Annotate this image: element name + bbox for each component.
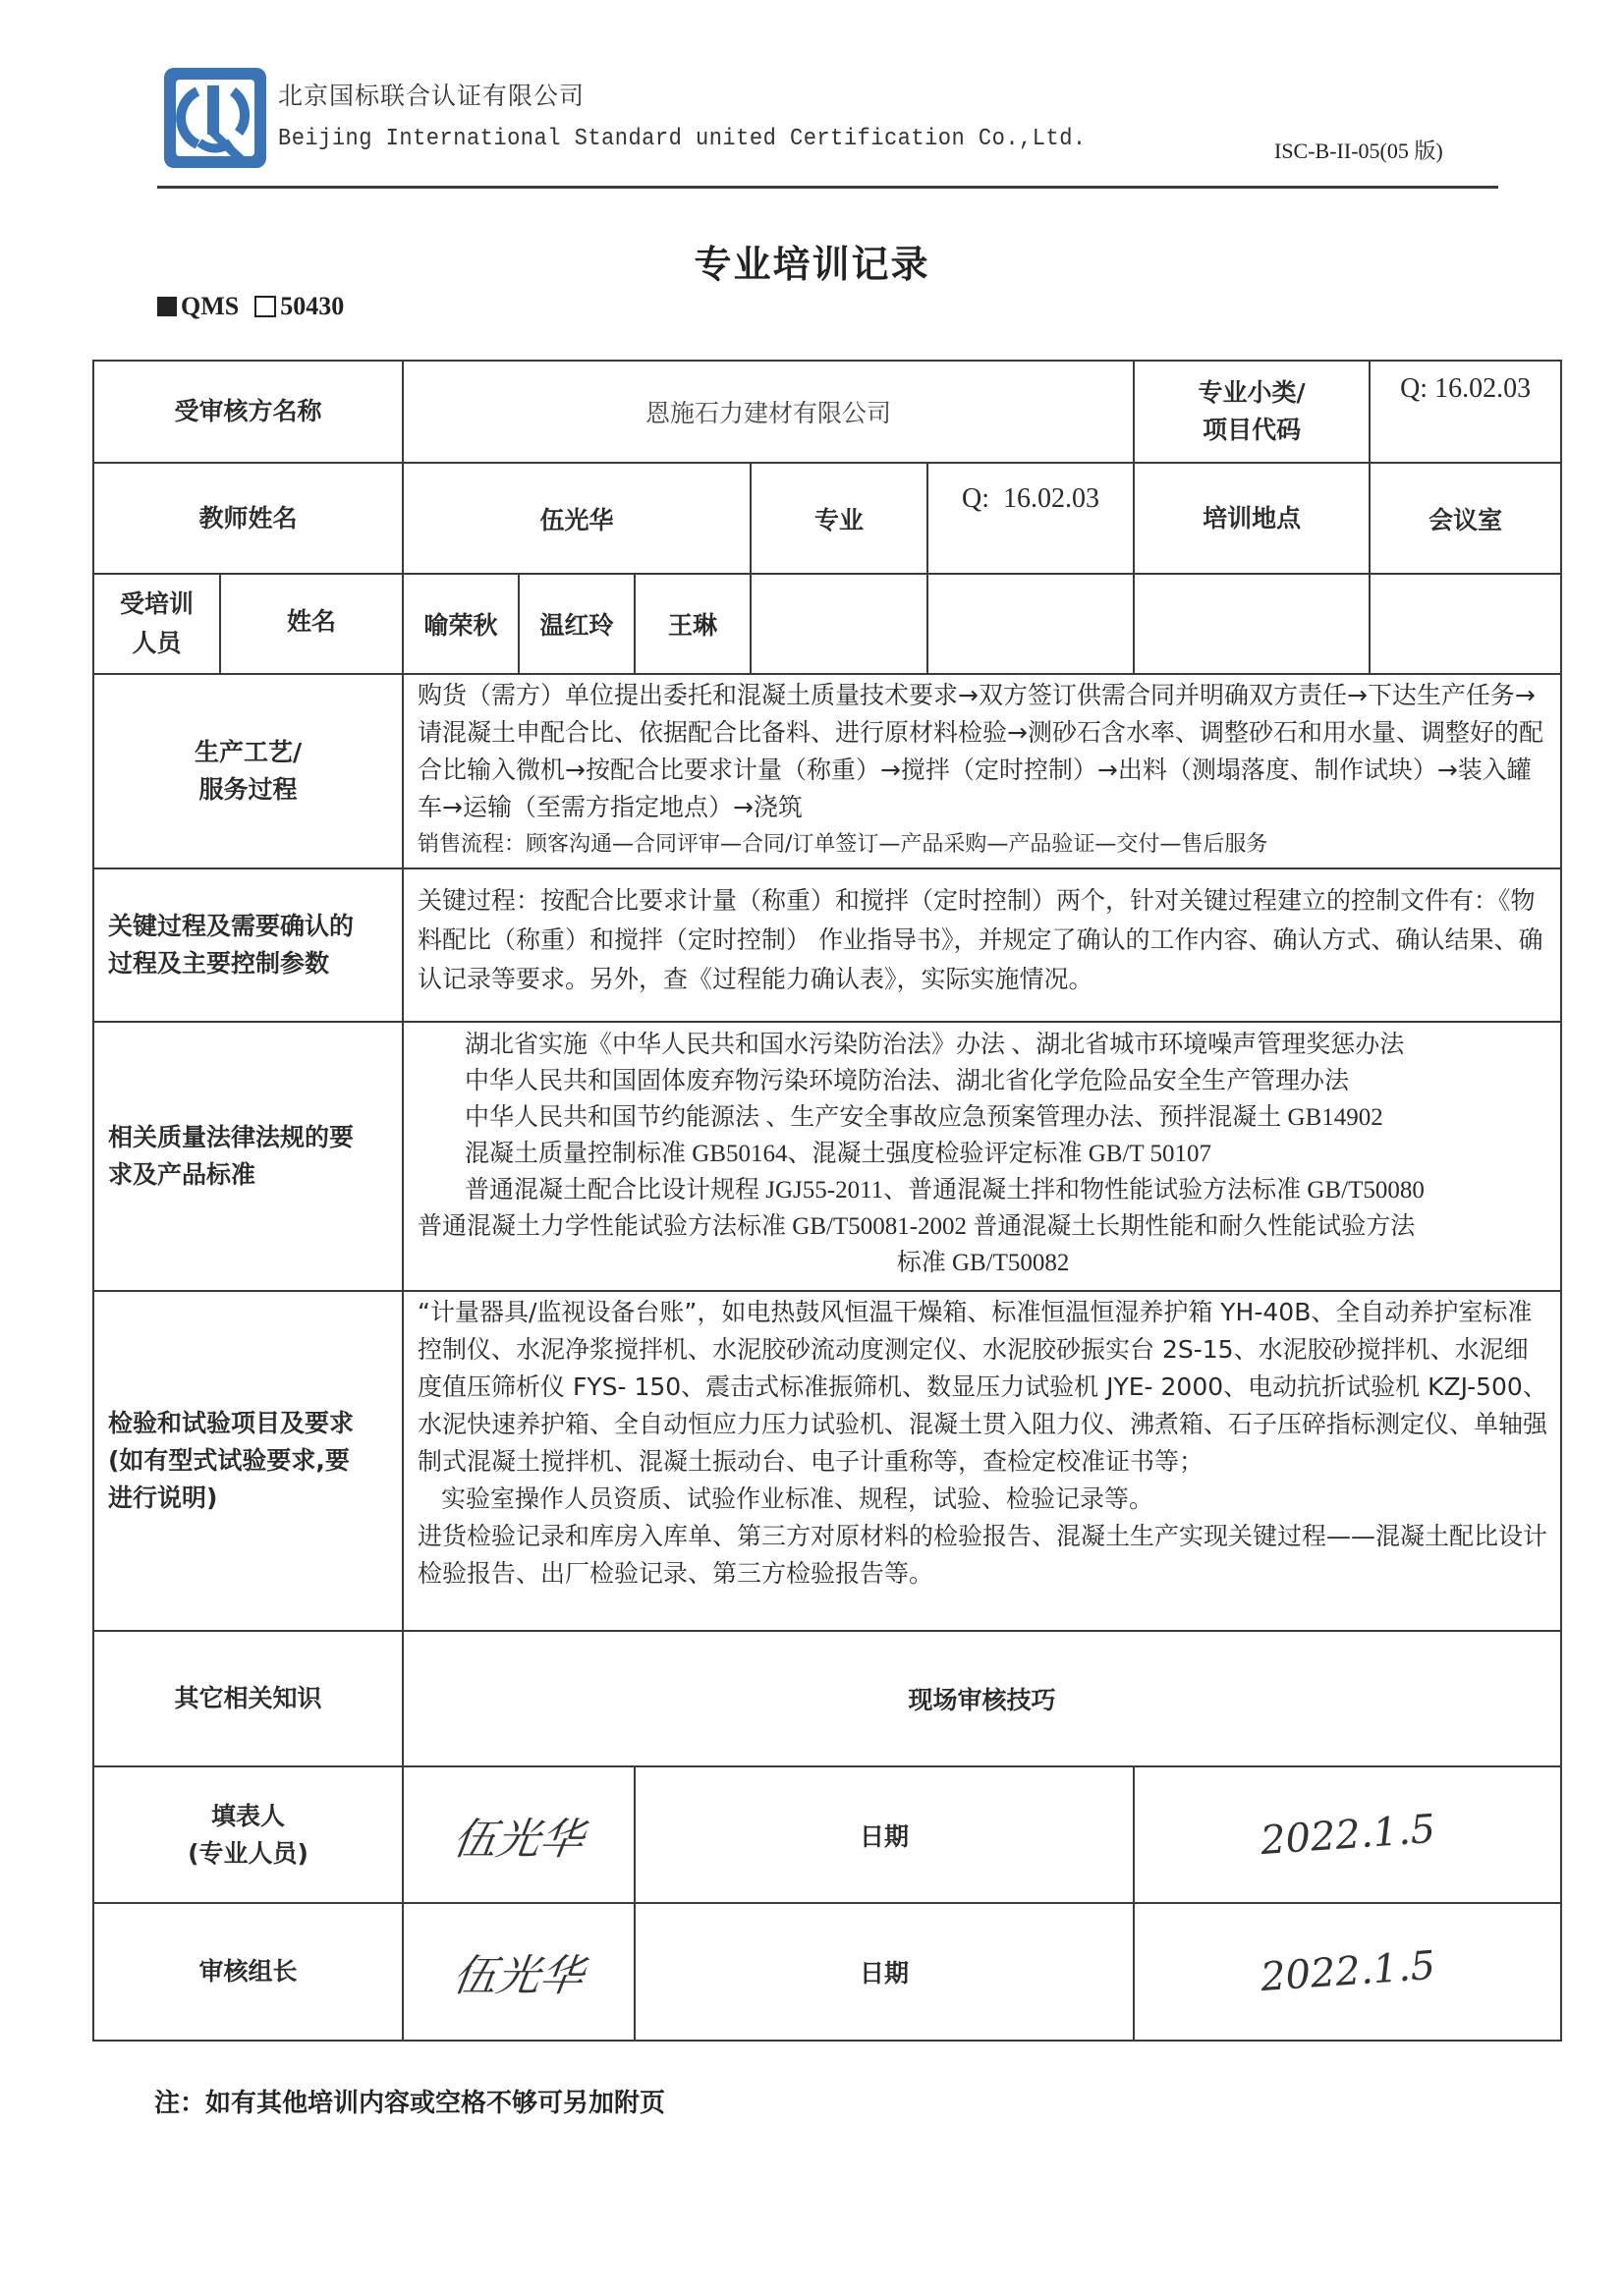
filler-date-label: 日期 xyxy=(635,1766,1134,1903)
regulations-label: 相关质量法律法规的要 求及产品标准 xyxy=(93,1022,403,1291)
trainee-name-4 xyxy=(751,574,927,674)
regulations-row: 相关质量法律法规的要 求及产品标准 湖北省实施《中华人民共和国水污染防治法》办法… xyxy=(93,1022,1561,1291)
filler-row: 填表人 (专业人员) 伍光华 日期 2022.1.5 xyxy=(93,1766,1561,1903)
regulation-line-5: 普通混凝土配合比设计规程 JGJ55-2011、普通混凝土拌和物性能试验方法标准… xyxy=(418,1172,1548,1208)
key-process-label-line1: 关键过程及需要确认的 xyxy=(108,908,402,945)
category-label: 专业小类/ 项目代码 xyxy=(1134,361,1370,463)
inspection-label: 检验和试验项目及要求 (如有型式试验要求,要 进行说明) xyxy=(93,1291,403,1631)
team-leader-date-cell: 2022.1.5 xyxy=(1134,1903,1561,2041)
sales-process-text: 销售流程：顾客沟通—合同评审—合同/订单签订—产品采购—产品验证—交付—售后服务 xyxy=(418,826,1548,864)
specialty-label: 专业 xyxy=(751,463,927,574)
equipment-ledger-text: “计量器具/监视设备台账”，如电热鼓风恒温干燥箱、标准恒温恒湿养护箱 YH-40… xyxy=(418,1294,1548,1481)
other-knowledge-row: 其它相关知识 现场审核技巧 xyxy=(93,1631,1561,1766)
trainee-name-5 xyxy=(927,574,1134,674)
process-label: 生产工艺/ 服务过程 xyxy=(93,674,403,868)
filler-label: 填表人 (专业人员) xyxy=(93,1766,403,1903)
trainees-label: 受培训 人员 xyxy=(93,574,220,674)
inspection-label-line1: 检验和试验项目及要求 xyxy=(108,1405,402,1442)
regulation-line-2: 中华人民共和国固体废弃物污染环境防治法、湖北省化学危险品安全生产管理办法 xyxy=(418,1063,1548,1099)
key-process-content: 关键过程：按配合比要求计量（称重）和搅拌（定时控制）两个，针对关键过程建立的控制… xyxy=(403,868,1561,1022)
trainee-name-2: 温红玲 xyxy=(519,574,635,674)
team-leader-signature-cell: 伍光华 xyxy=(403,1903,635,2041)
trainee-name-1: 喻荣秋 xyxy=(403,574,519,674)
regulations-label-line1: 相关质量法律法规的要 xyxy=(108,1119,402,1156)
regulations-label-line2: 求及产品标准 xyxy=(108,1156,402,1194)
regulation-line-1: 湖北省实施《中华人民共和国水污染防治法》办法 、湖北省城市环境噪声管理奖惩办法 xyxy=(418,1027,1548,1063)
auditee-value: 恩施石力建材有限公司 xyxy=(403,361,1134,463)
filler-date-value: 2022.1.5 xyxy=(1259,1806,1436,1863)
auditee-row: 受审核方名称 恩施石力建材有限公司 专业小类/ 项目代码 Q: 16.02.03 xyxy=(93,361,1561,463)
company-name-cn: 北京国标联合认证有限公司 xyxy=(278,77,585,112)
scheme-selector: QMS 50430 xyxy=(157,292,344,321)
inspection-label-line2: (如有型式试验要求,要 xyxy=(108,1442,402,1480)
teacher-row: 教师姓名 伍光华 专业 Q: 16.02.03 培训地点 会议室 xyxy=(93,463,1561,574)
trainee-name-7 xyxy=(1370,574,1561,674)
trainees-row: 受培训 人员 姓名 喻荣秋 温红玲 王琳 xyxy=(93,574,1561,674)
regulation-line-6: 普通混凝土力学性能试验方法标准 GB/T50081-2002 普通混凝土长期性能… xyxy=(418,1208,1548,1245)
filler-signature: 伍光华 xyxy=(450,1804,588,1867)
trainees-label-line2: 人员 xyxy=(94,624,219,663)
category-label-line1: 专业小类/ xyxy=(1135,374,1369,412)
location-label: 培训地点 xyxy=(1134,463,1370,574)
qms-label: QMS xyxy=(181,292,239,321)
team-leader-signature: 伍光华 xyxy=(450,1940,588,2003)
process-content: 购货（需方）单位提出委托和混凝土质量技术要求→双方签订供需合同并明确双方责任→下… xyxy=(403,674,1561,868)
team-leader-row: 审核组长 伍光华 日期 2022.1.5 xyxy=(93,1903,1561,2041)
production-process-text: 购货（需方）单位提出委托和混凝土质量技术要求→双方签订供需合同并明确双方责任→下… xyxy=(418,677,1548,826)
location-value: 会议室 xyxy=(1370,463,1561,574)
50430-label: 50430 xyxy=(280,292,344,321)
process-label-line1: 生产工艺/ xyxy=(94,734,402,771)
auditee-label: 受审核方名称 xyxy=(93,361,403,463)
document-code: ISC-B-II-05(05 版) xyxy=(1274,135,1443,165)
category-value: Q: 16.02.03 xyxy=(1370,361,1561,463)
company-name-en: Beijing International Standard united Ce… xyxy=(278,126,1087,152)
inspection-row: 检验和试验项目及要求 (如有型式试验要求,要 进行说明) “计量器具/监视设备台… xyxy=(93,1291,1561,1631)
category-label-line2: 项目代码 xyxy=(1135,412,1369,449)
regulation-line-3: 中华人民共和国节约能源法 、生产安全事故应急预案管理办法、预拌混凝土 GB149… xyxy=(418,1099,1548,1136)
inspection-content: “计量器具/监视设备台账”，如电热鼓风恒温干燥箱、标准恒温恒湿养护箱 YH-40… xyxy=(403,1291,1561,1631)
teacher-label: 教师姓名 xyxy=(93,463,403,574)
key-process-row: 关键过程及需要确认的 过程及主要控制参数 关键过程：按配合比要求计量（称重）和搅… xyxy=(93,868,1561,1022)
trainee-name-label: 姓名 xyxy=(220,574,403,674)
footer-note: 注：如有其他培训内容或空格不够可另加附页 xyxy=(154,2083,665,2119)
team-leader-date-value: 2022.1.5 xyxy=(1259,1943,1436,2000)
process-row: 生产工艺/ 服务过程 购货（需方）单位提出委托和混凝土质量技术要求→双方签订供需… xyxy=(93,674,1561,868)
teacher-value: 伍光华 xyxy=(403,463,751,574)
regulation-line-7: 标准 GB/T50082 xyxy=(418,1245,1548,1281)
specialty-value: Q: 16.02.03 xyxy=(927,463,1134,574)
trainee-name-3: 王琳 xyxy=(635,574,751,674)
training-record-table: 受审核方名称 恩施石力建材有限公司 专业小类/ 项目代码 Q: 16.02.03… xyxy=(92,360,1562,2042)
trainees-label-line1: 受培训 xyxy=(94,585,219,624)
filler-label-line2: (专业人员) xyxy=(94,1835,402,1873)
filler-date-cell: 2022.1.5 xyxy=(1134,1766,1561,1903)
process-label-line2: 服务过程 xyxy=(94,771,402,809)
regulation-line-4: 混凝土质量控制标准 GB50164、混凝土强度检验评定标准 GB/T 50107 xyxy=(418,1136,1548,1172)
other-knowledge-value: 现场审核技巧 xyxy=(403,1631,1561,1766)
key-process-label-line2: 过程及主要控制参数 xyxy=(108,945,402,982)
filler-signature-cell: 伍光华 xyxy=(403,1766,635,1903)
filler-label-line1: 填表人 xyxy=(94,1798,402,1835)
trainee-name-6 xyxy=(1134,574,1370,674)
header-divider xyxy=(157,186,1498,189)
other-knowledge-label: 其它相关知识 xyxy=(93,1631,403,1766)
inspection-label-line3: 进行说明) xyxy=(108,1480,402,1517)
company-logo-icon xyxy=(160,64,270,172)
team-leader-label: 审核组长 xyxy=(93,1903,403,2041)
page-title: 专业培训记录 xyxy=(0,234,1624,288)
qms-checkbox-checked[interactable] xyxy=(157,297,177,316)
team-leader-date-label: 日期 xyxy=(635,1903,1134,2041)
regulations-content: 湖北省实施《中华人民共和国水污染防治法》办法 、湖北省城市环境噪声管理奖惩办法 … xyxy=(403,1022,1561,1291)
50430-checkbox-unchecked[interactable] xyxy=(254,296,276,317)
lab-staff-text: 实验室操作人员资质、试验作业标准、规程，试验、检验记录等。 xyxy=(418,1481,1548,1518)
key-process-label: 关键过程及需要确认的 过程及主要控制参数 xyxy=(93,868,403,1022)
incoming-inspection-text: 进货检验记录和库房入库单、第三方对原材料的检验报告、混凝土生产实现关键过程——混… xyxy=(418,1518,1548,1593)
